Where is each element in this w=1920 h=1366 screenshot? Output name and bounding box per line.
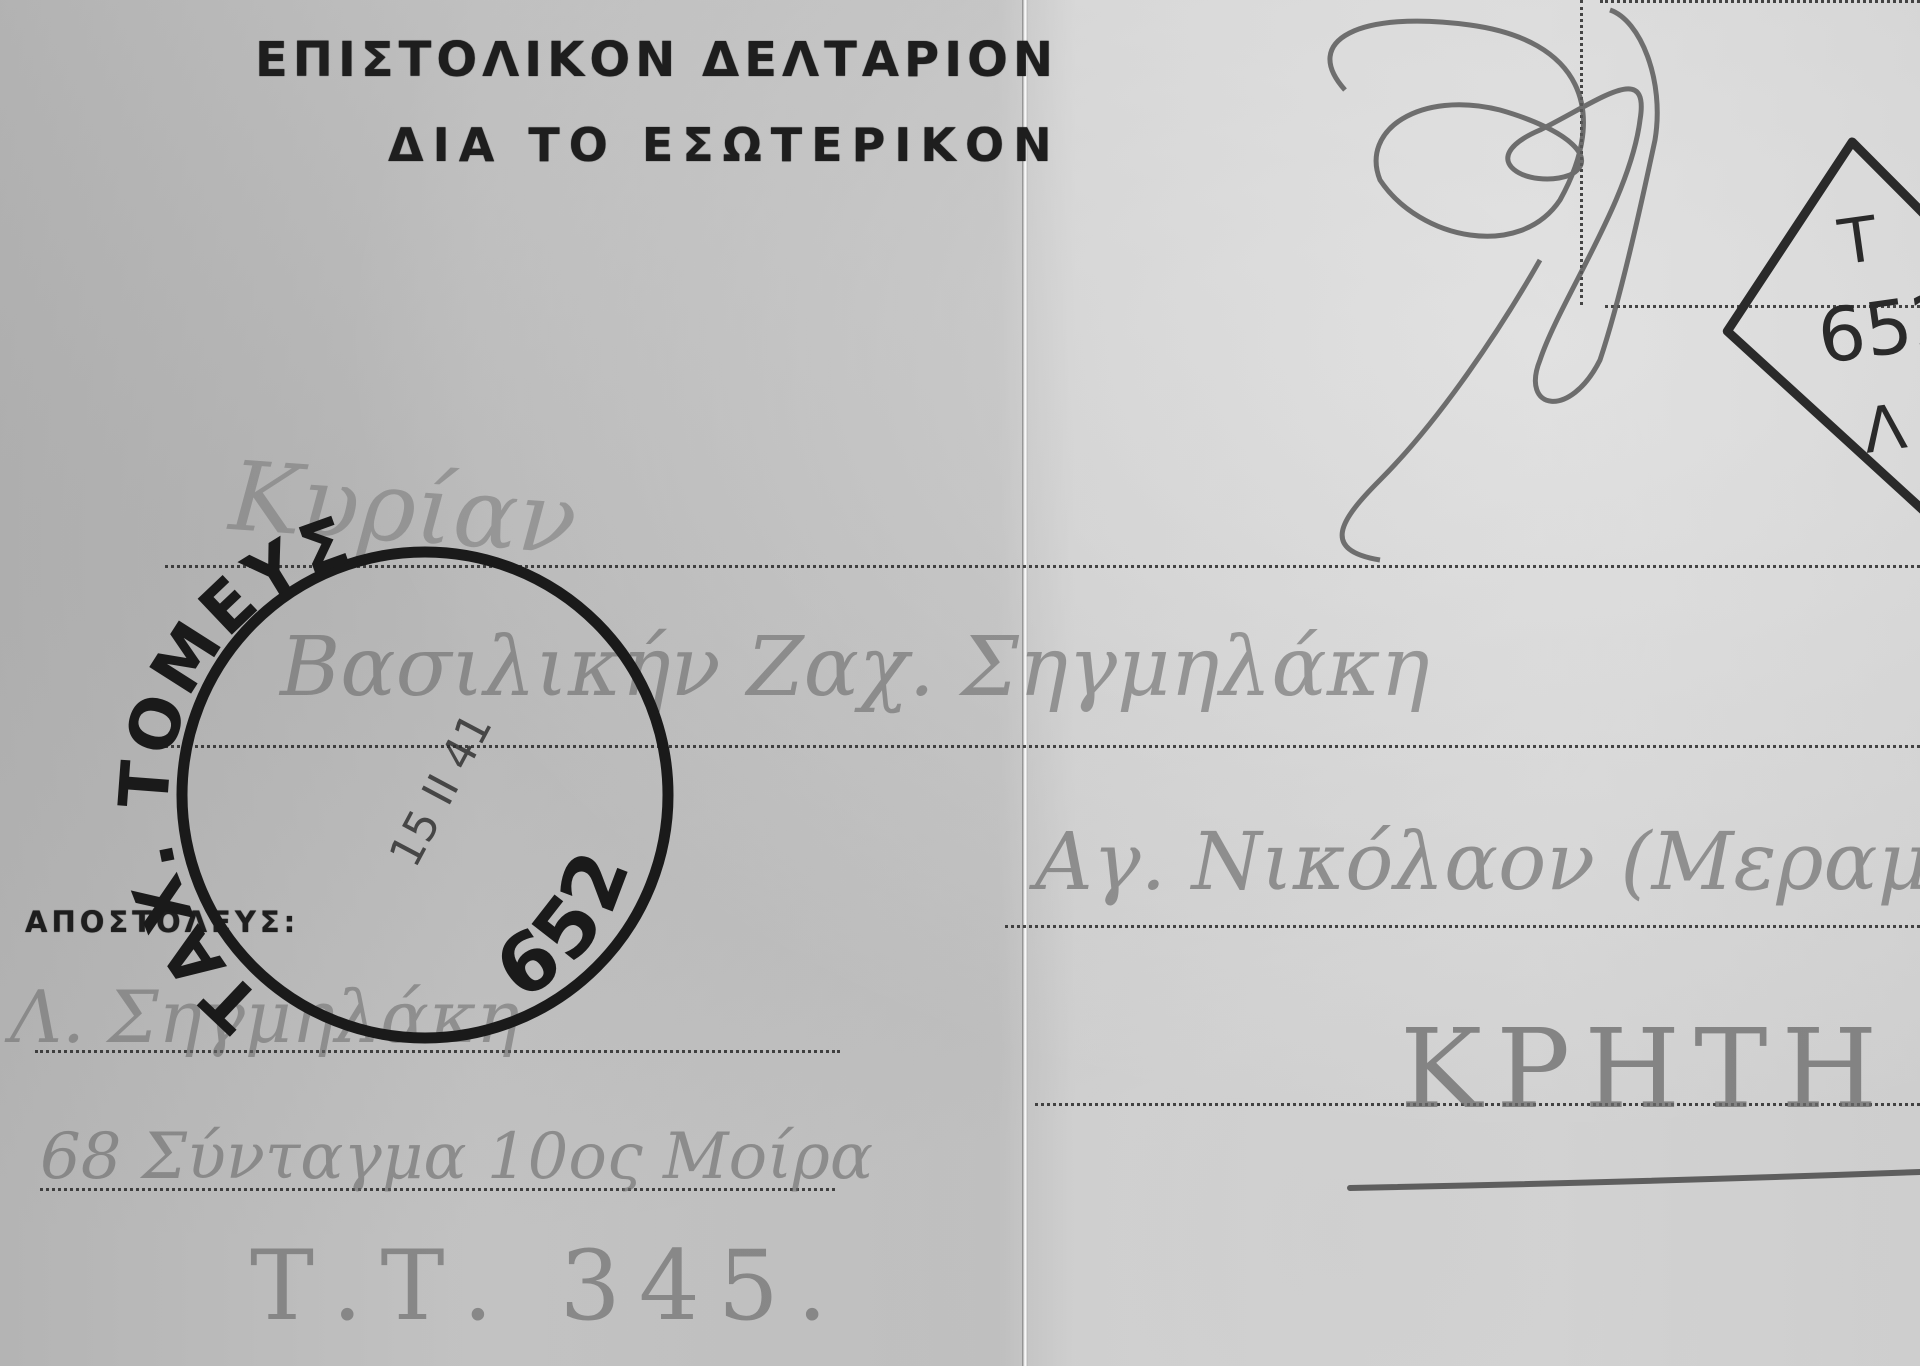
postal-card: ΕΠΙΣΤΟΛΙΚΟΝ ΔΕΛΤΑΡΙΟΝ ΔΙΑ ΤΟ ΕΣΩΤΕΡΙΚΟΝ …: [0, 0, 1920, 1366]
destination-underline: [1350, 1172, 1920, 1188]
markings-layer: ΤΑΧ. ΤΟΜΕΥΣ 652 15 II 41 Τ 652 Λ: [0, 0, 1920, 1366]
censor-mark-line-2: 652: [1813, 276, 1920, 381]
diamond-censor-mark: Τ 652 Λ: [1704, 125, 1920, 559]
censor-mark-line-3: Λ: [1858, 390, 1910, 468]
postmark-date: 15 II 41: [380, 705, 503, 875]
postmark-top-text: ΤΑΧ. ΤΟΜΕΥΣ: [105, 501, 363, 1046]
svg-text:ΤΑΧ. ΤΟΜΕΥΣ: ΤΑΧ. ΤΟΜΕΥΣ: [105, 501, 363, 1046]
censor-mark-line-1: Τ: [1833, 202, 1883, 280]
circular-postmark: ΤΑΧ. ΤΟΜΕΥΣ 652 15 II 41: [105, 501, 668, 1046]
censor-signature-icon: [1330, 10, 1657, 560]
